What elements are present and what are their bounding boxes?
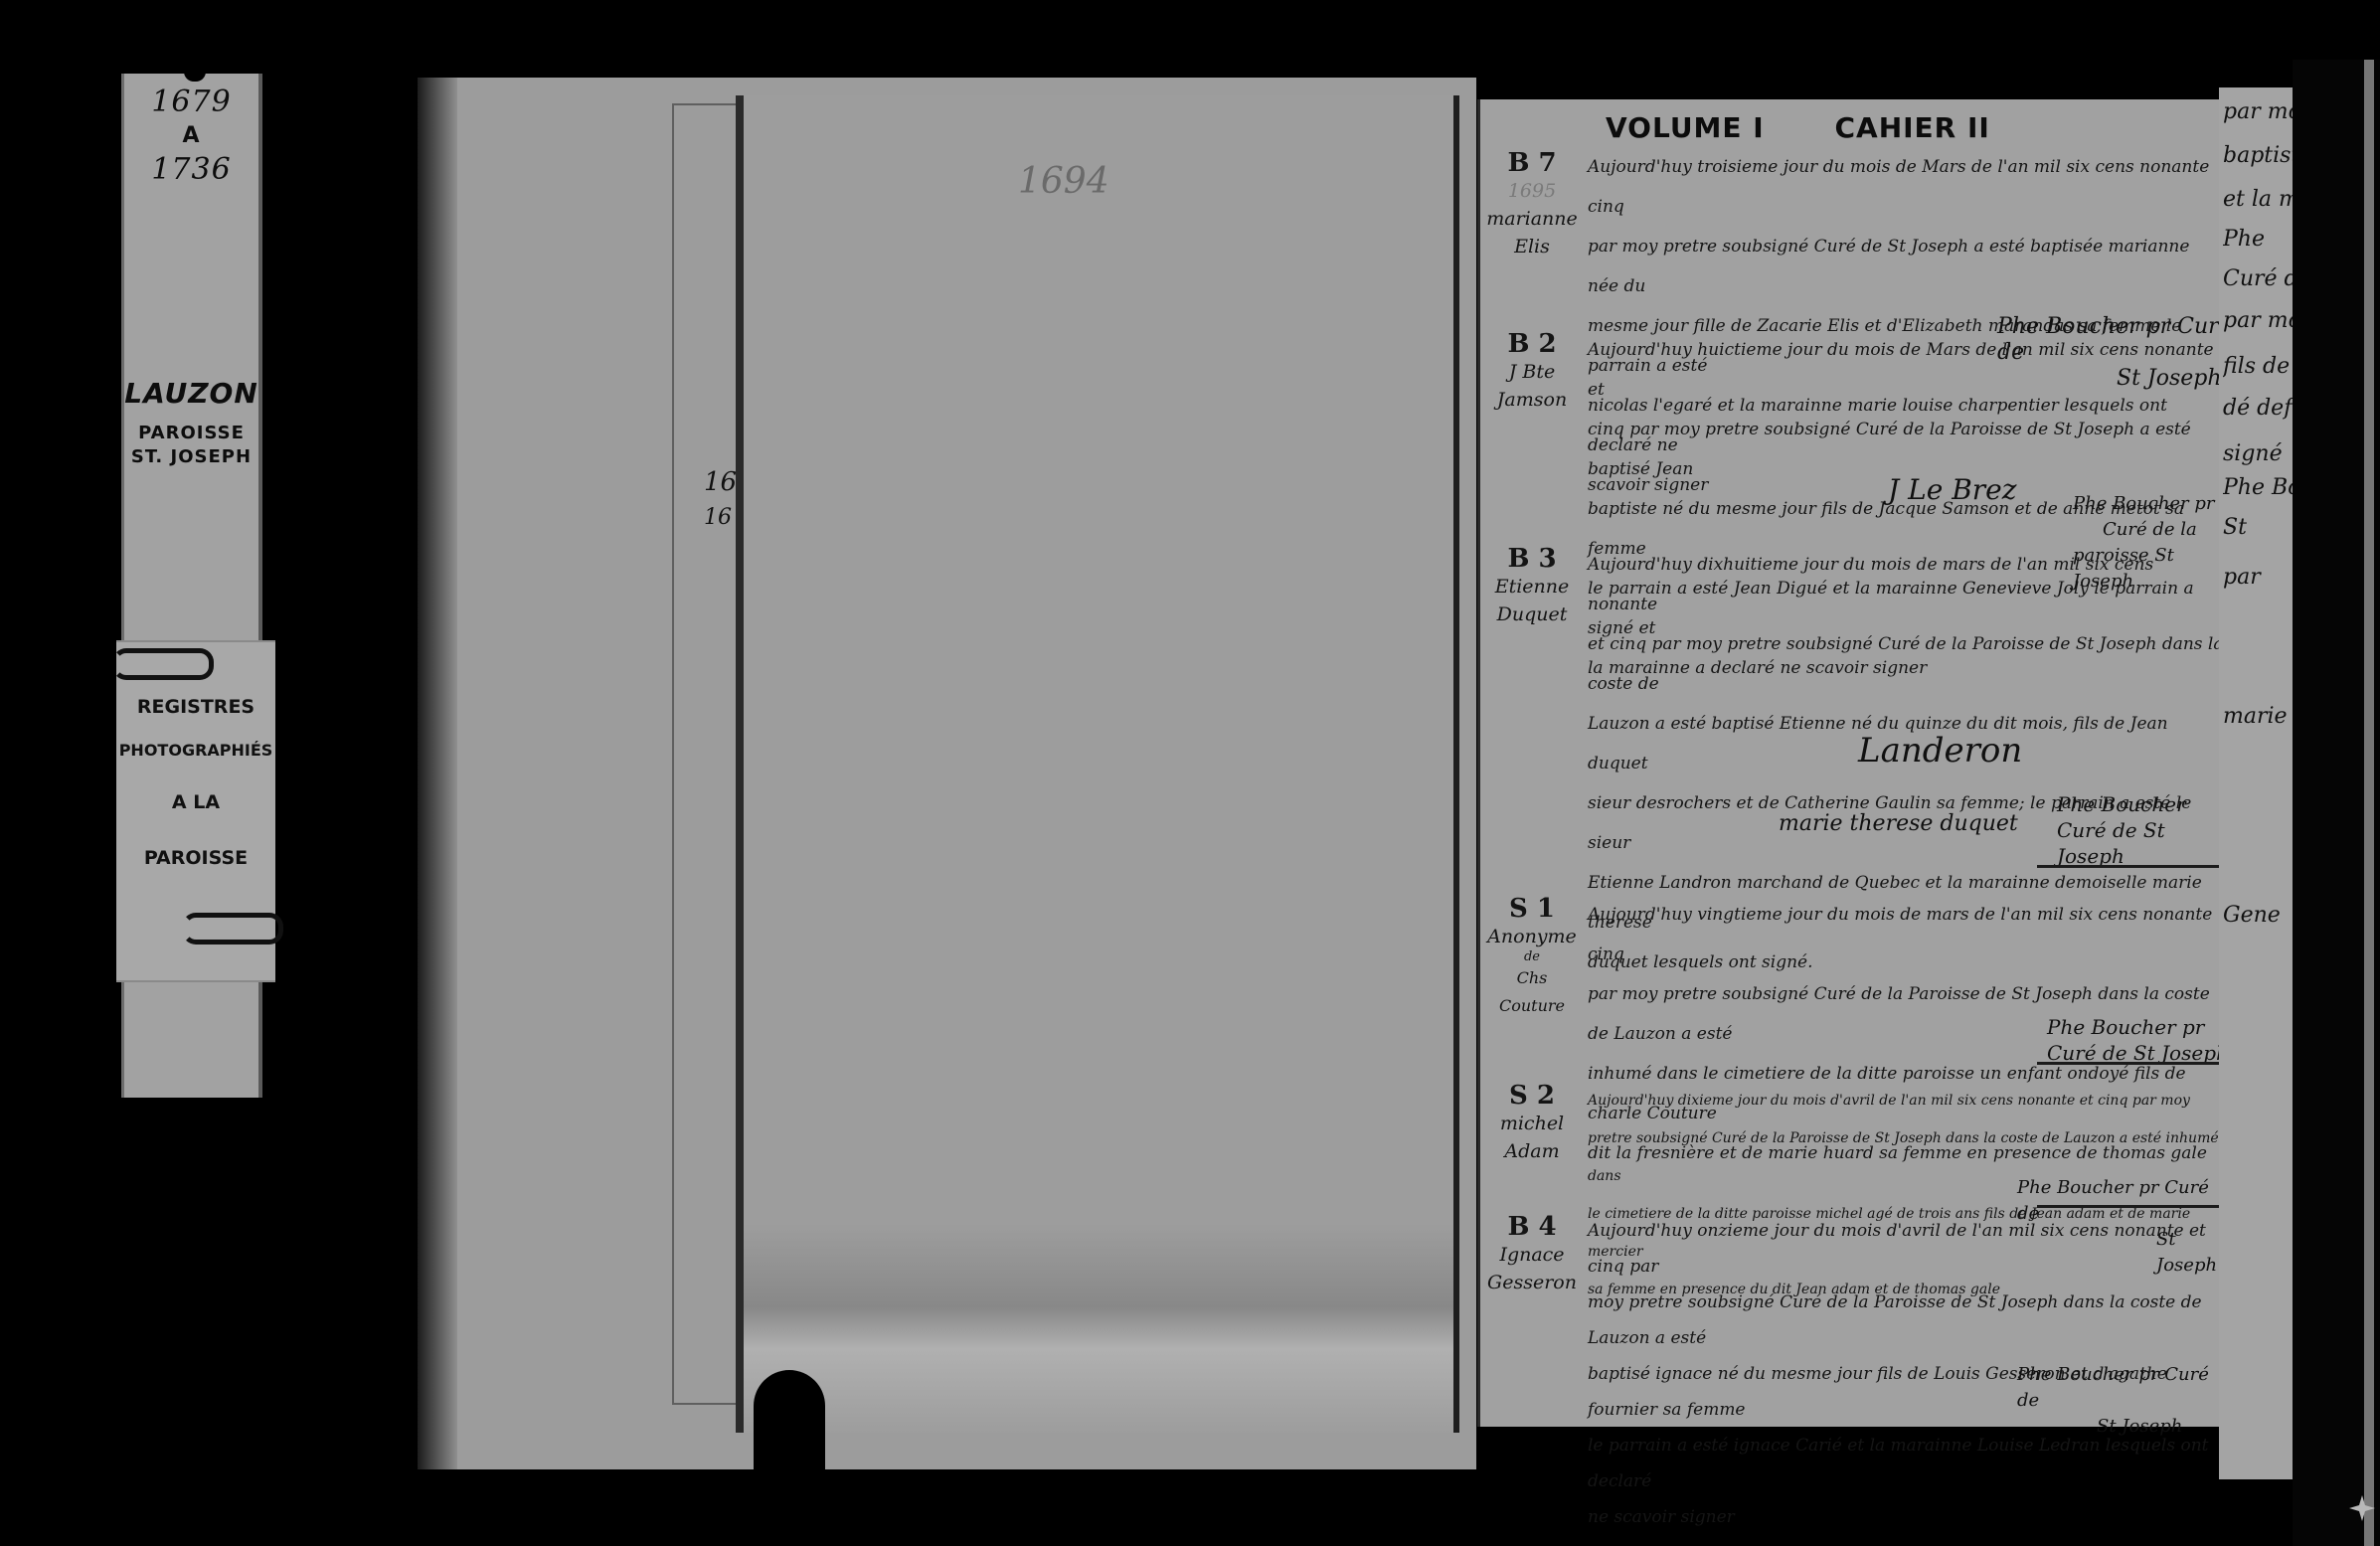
entry-line: moy pretre soubsigné Curé de la Paroisse… [1588,1285,2224,1356]
signature-line: Curé de la [2073,517,2236,543]
parish-line-1: PAROISSE [124,422,258,445]
fragment-text: par moy [2223,308,2293,333]
fragment-text: et la m [2223,187,2293,212]
entry-name: Jamson [1484,386,1580,414]
signature-line: Phe Boucher pr Curé de [2017,1362,2236,1414]
signature-line: Curé de St Joseph [2057,817,2236,869]
signature-line: St Joseph [2017,1414,2236,1440]
fragment-text: Phe [2223,227,2293,252]
film-edge [2364,60,2374,1546]
page-header: VOLUME I CAHIER II -1- [1606,111,1990,144]
entry-line: Aujourd'huy huictieme jour du mois de Ma… [1588,330,2224,410]
entry-code: B 4 [1484,1213,1580,1241]
year-start: 1679 [124,86,258,119]
stamp-line-4: PAROISSE [116,843,275,873]
entry-name: Chs Couture [1484,964,1580,1020]
entry-name: Gesseron [1484,1269,1580,1296]
signature-line: Phe Boucher pr [2073,491,2236,517]
fragment-text: marie [2223,704,2293,729]
entry-name: Etienne [1484,573,1580,601]
spine-label: 1679 A 1736 LAUZON PAROISSE ST. JOSEPH R… [121,74,262,1098]
fragment-text: par [2223,565,2293,590]
fragment-text: Gene [2223,903,2293,928]
place-name: LAUZON [124,377,258,410]
fragment-text: Phe Bo [2223,475,2293,500]
entry-name: michel [1484,1110,1580,1137]
stamp-line-3: A LA [116,787,275,817]
entry-line: Aujourd'huy vingtieme jour du mois de ma… [1588,895,2224,974]
witness-signature: Landeron [1858,738,2022,764]
entry-line: Aujourd'huy dixieme jour du mois d'avril… [1588,1082,2224,1119]
year-separator: A [124,119,258,153]
entry-margin: B 4 Ignace Gesseron [1484,1213,1580,1296]
margin-fragment: 16 [704,467,737,497]
paperclip-icon [112,648,214,680]
priest-signature: Phe Boucher pr Curé de St Joseph [2047,1014,2229,1066]
thumb-shadow [754,1370,825,1519]
fragment-text: fils de [2223,354,2293,379]
photographed-stamp: REGISTRES PHOTOGRAPHIÉS A LA PAROISSE [116,640,275,982]
priest-signature: Phe Boucher pr Curé de St Joseph [2017,1362,2236,1440]
priest-signature: Phe Boucher Curé de St Joseph [2057,791,2236,869]
entry-name: Duquet [1484,601,1580,628]
entry-name: de [1484,950,1580,964]
volume-label: VOLUME I [1606,111,1765,144]
entry-margin: B 7 1695 marianne Elis [1484,149,1580,260]
spine-years: 1679 A 1736 [124,86,258,187]
stamp-text: REGISTRES PHOTOGRAPHIÉS A LA PAROISSE [116,692,275,873]
stamp-line-2: PHOTOGRAPHIÉS [116,736,275,766]
entry-margin: S 1 Anonyme de Chs Couture [1484,895,1580,1020]
move-cross-icon[interactable] [2348,1494,2376,1522]
spine-notch [184,72,206,82]
fragment-text: Curé de [2223,266,2293,291]
entry-year-note: 1695 [1484,177,1580,205]
page-edge-shadow [418,78,457,1469]
separator-rule [2037,1062,2236,1065]
blank-page: 1694 [736,95,1459,1433]
paperclip-icon [182,913,283,945]
entry-line: ne scavoir signer [1588,1499,2224,1535]
entry-name: Adam [1484,1137,1580,1165]
parish-name: PAROISSE ST. JOSEPH [124,422,258,469]
move-cross-icon-graphic [2348,1494,2376,1522]
signature-line: Phe Boucher [2057,791,2236,817]
year-end: 1736 [124,153,258,187]
fragment-text: dé defu [2223,396,2293,421]
entry-code: B 3 [1484,545,1580,573]
entry-code: S 2 [1484,1082,1580,1110]
entry-code: S 1 [1484,895,1580,923]
entry-line: Aujourd'huy dixhuitieme jour du mois de … [1588,545,2224,624]
entry-margin: S 2 michel Adam [1484,1082,1580,1165]
fragment-text: signé [2223,441,2293,466]
fragment-text: baptiste [2223,143,2293,168]
entry-line: Aujourd'huy onzieme jour du mois d'avril… [1588,1213,2224,1285]
page-year-number: 1694 [1018,161,1109,202]
inner-page-frame [672,103,744,1405]
signature-line: Phe Boucher pr [2047,1014,2229,1040]
parish-line-2: ST. JOSEPH [124,445,258,469]
entry-line: Aujourd'huy troisieme jour du mois de Ma… [1588,147,2224,227]
entry-name: marianne [1484,205,1580,233]
entry-code: B 2 [1484,330,1580,358]
entry-name: J Bte [1484,358,1580,386]
separator-rule [2037,1205,2236,1208]
witness-signature: J Le Brez [1888,477,2016,503]
entry-name: Anonyme [1484,923,1580,950]
entry-line: et cinq par moy pretre soubsigné Curé de… [1588,624,2224,704]
register-page: VOLUME I CAHIER II -1- B 7 1695 marianne… [1477,99,2233,1427]
cahier-label: CAHIER II [1834,111,1989,144]
fragment-text: par moy [2223,99,2293,124]
margin-fragment: 16 [704,505,732,530]
page-bottom-shadow [744,1224,1453,1433]
entry-line: par moy pretre soubsigné Curé de St Jose… [1588,227,2224,306]
witness-signature: marie therese duquet [1779,811,2018,837]
entry-name: Elis [1484,233,1580,260]
fragment-text: St [2223,515,2293,540]
entry-code: B 7 [1484,149,1580,177]
entry-margin: B 3 Etienne Duquet [1484,545,1580,628]
entry-margin: B 2 J Bte Jamson [1484,330,1580,414]
stamp-line-1: REGISTRES [116,692,275,722]
facing-page-fragment: par moy baptiste et la m Phe Curé de par… [2219,87,2293,1479]
entry-name: Ignace [1484,1241,1580,1269]
separator-rule [2037,865,2236,868]
